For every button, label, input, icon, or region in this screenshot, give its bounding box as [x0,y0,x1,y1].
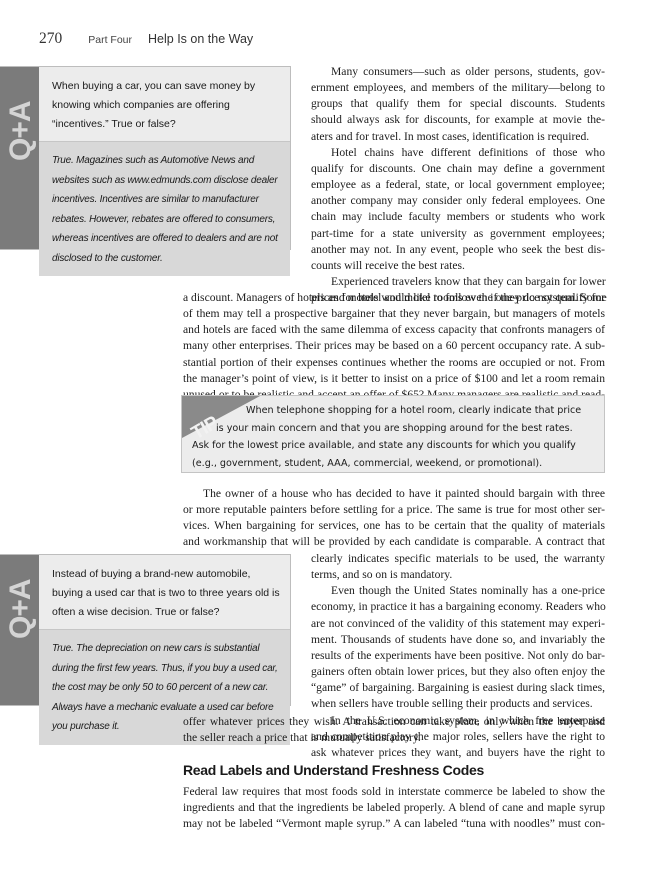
qa-logo-icon: Q+A [4,605,38,639]
text-line: Federal law requires that most foods sol… [183,784,605,800]
text-line: chain may include faculty members or stu… [311,209,605,225]
qa-question: When buying a car, you can save money by… [39,67,290,142]
text-line: Many consumers—such as older persons, st… [311,64,605,80]
tip-line: When telephone shopping for a hotel room… [182,402,592,420]
qa-question: Instead of buying a brand-new automobile… [39,555,290,630]
text-line: results of the experiments have been pos… [311,648,605,664]
text-line: and hotels are faced with the same dilem… [183,322,605,338]
text-line: employee as a federal, state, or local g… [311,177,605,193]
tip-box: TIP When telephone shopping for a hotel … [181,395,605,473]
body-wide-4: Federal law requires that most foods sol… [183,784,605,832]
text-line: qualify for discounts. One chain may def… [311,161,605,177]
text-line: of them may tell a prospective bargainer… [183,306,605,322]
text-line: ment. Thousands of students have done so… [311,632,605,648]
text-line: economy, in practice it has a bargaining… [311,599,605,615]
text-line: should always ask for discounts, for exa… [311,112,605,128]
qa-sidebar-box: Q+A When buying a car, you can save mone… [0,66,291,250]
text-line: stantial portion of their expenses conti… [183,355,605,371]
part-label: Part Four [88,34,132,46]
text-line: part-time for a state university as gove… [311,226,605,242]
text-line: terms, and so on is mandatory. [311,567,605,583]
text-line: are not convinced of the validity of thi… [311,616,605,632]
chapter-title: Help Is on the Way [148,32,253,46]
text-line: ernment employees, and members of the mi… [311,80,605,96]
section-heading: Read Labels and Understand Freshness Cod… [183,762,484,778]
text-line: and workmanship that will be provided by… [183,534,605,550]
text-line: the seller reach a price that is mutuall… [183,730,605,746]
text-line: another company may consider only federa… [311,193,605,209]
tip-line: Ask for the lowest price available, and … [182,437,592,455]
text-line: gainers often obtain lower prices, but t… [311,664,605,680]
text-line: groups that qualify them for special dis… [311,96,605,112]
tip-text: When telephone shopping for a hotel room… [182,402,592,472]
text-line: ingredients and that the ingredients be … [183,800,605,816]
text-line: counts will receive the best rates. [311,258,605,274]
text-line: ask whatever prices they want, and buyer… [311,745,605,761]
text-line: Experienced travelers know that they can… [311,274,605,290]
text-line: many other enterprises. Their prices may… [183,338,605,354]
text-line: clearly indicates specific materials to … [311,551,605,567]
qa-logo-icon: Q+A [4,127,38,161]
text-line: when sellers have trouble selling their … [311,696,605,712]
text-line: “game” of bargaining. Bargaining is easi… [311,680,605,696]
text-line: Hotel chains have different definitions … [311,145,605,161]
running-header: 270 Part Four Help Is on the Way [39,30,253,52]
text-line: aters and for travel. In most cases, ide… [311,129,605,145]
qa-answer: True. Magazines such as Automotive News … [39,142,290,276]
text-line: offer whatever prices they wish. A trans… [183,714,605,730]
qa-sidebar-box: Q+A Instead of buying a brand-new automo… [0,554,291,706]
text-line: The owner of a house who has decided to … [183,486,605,502]
tip-line: (e.g., government, student, AAA, commerc… [182,455,592,473]
text-line: another may not. In any event, people wh… [311,242,605,258]
qa-strip: Q+A [0,67,39,249]
text-line: vices. When bargaining for services, one… [183,518,605,534]
text-line: or more reputable painters before settli… [183,502,605,518]
body-column-top: Many consumers—such as older persons, st… [311,64,605,306]
text-line: a discount. Managers of hotels and motel… [183,290,605,306]
body-wide-3: offer whatever prices they wish. A trans… [183,714,605,746]
text-line: may not be labeled “Vermont maple syrup.… [183,816,605,832]
body-wide-2: The owner of a house who has decided to … [183,486,605,551]
text-line: the manager’s point of view, is it bette… [183,371,605,387]
tip-line: is your main concern and that you are sh… [182,420,592,438]
text-line: Even though the United States nominally … [311,583,605,599]
qa-strip: Q+A [0,555,39,705]
page-number: 270 [39,30,62,48]
